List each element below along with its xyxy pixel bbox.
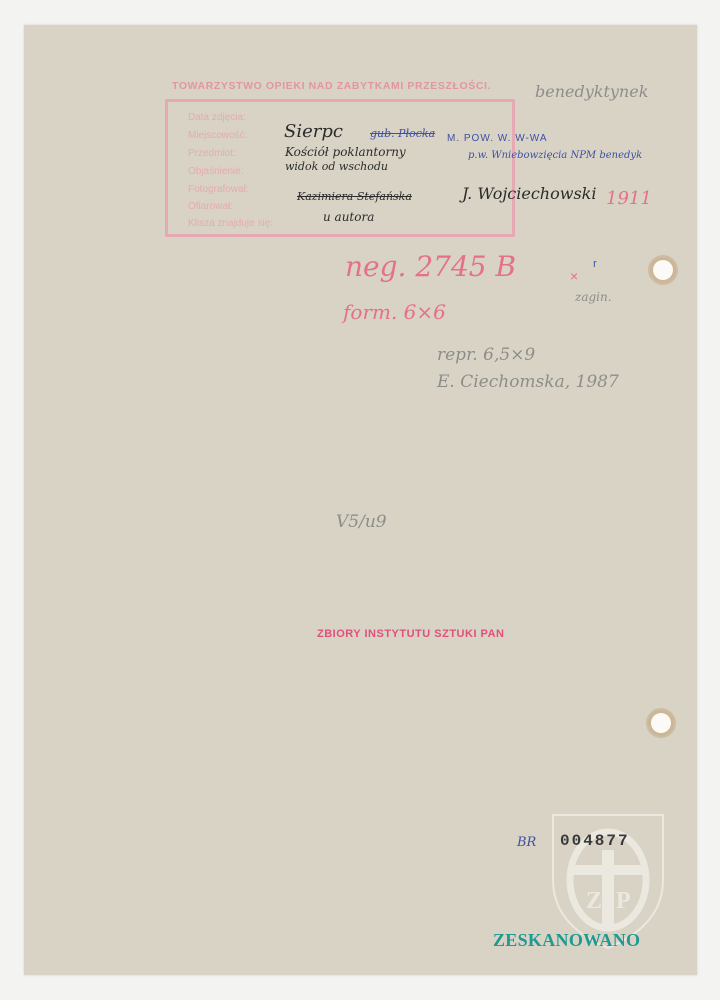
place-blue-annotation: M. POW. W. W-WA <box>447 133 548 144</box>
br-annotation: BR <box>517 835 536 850</box>
inventory-number: 004877 <box>560 832 630 850</box>
pencil-note-benedictine: benedyktynek <box>535 82 648 101</box>
blue-check-mark: ʳ <box>593 258 597 276</box>
field-place: Miejscowość: <box>188 130 247 148</box>
description-value: widok od wschodu <box>285 160 388 173</box>
year-annotation: 1911 <box>606 188 652 209</box>
punch-hole-top <box>653 260 673 280</box>
field-date: Data zdjęcia: <box>188 112 246 130</box>
photographer-value: J. Wojciechowski <box>462 184 596 203</box>
place-value: Sierpc <box>284 121 343 142</box>
object-blue-annotation: p.w. Wniebowzięcia NPM benedyk <box>468 150 642 161</box>
red-x-mark: × <box>570 268 578 284</box>
place-struck-annotation: gub. Płocka <box>370 127 435 140</box>
pencil-fraction: V5/u9 <box>336 512 387 532</box>
pencil-note-author: E. Ciechomska, 1987 <box>437 372 619 392</box>
pencil-note-reproduction: repr. 6,5×9 <box>437 345 535 365</box>
society-stamp-title: TOWARZYSTWO OPIEKI NAD ZABYTKAMI PRZESZŁ… <box>172 80 491 92</box>
negative-location-value: u autora <box>323 210 374 224</box>
ztp-watermark-icon: Z P <box>548 810 668 950</box>
scanned-stamp: ZESKANOWANO <box>493 930 640 951</box>
format-annotation: form. 6×6 <box>343 300 446 324</box>
field-description: Objaśnienie: <box>188 166 244 184</box>
svg-text:Z: Z <box>586 888 602 914</box>
svg-text:P: P <box>616 888 631 914</box>
field-photographer: Fotografował: <box>188 184 249 202</box>
punch-hole-bottom <box>651 713 671 733</box>
pencil-note-missing: zagin. <box>575 290 612 304</box>
field-object: Przedmiot: <box>188 148 236 166</box>
institute-stamp: ZBIORY INSTYTUTU SZTUKI PAN <box>317 628 504 640</box>
field-donor: Ofiarował: <box>188 201 233 219</box>
object-value: Kościół poklantorny <box>285 145 406 159</box>
donor-value: Kazimiera Stefańska <box>297 190 412 203</box>
negative-number: neg. 2745 B <box>345 250 516 283</box>
field-negative-location: Klisza znajduje się: <box>188 218 273 236</box>
